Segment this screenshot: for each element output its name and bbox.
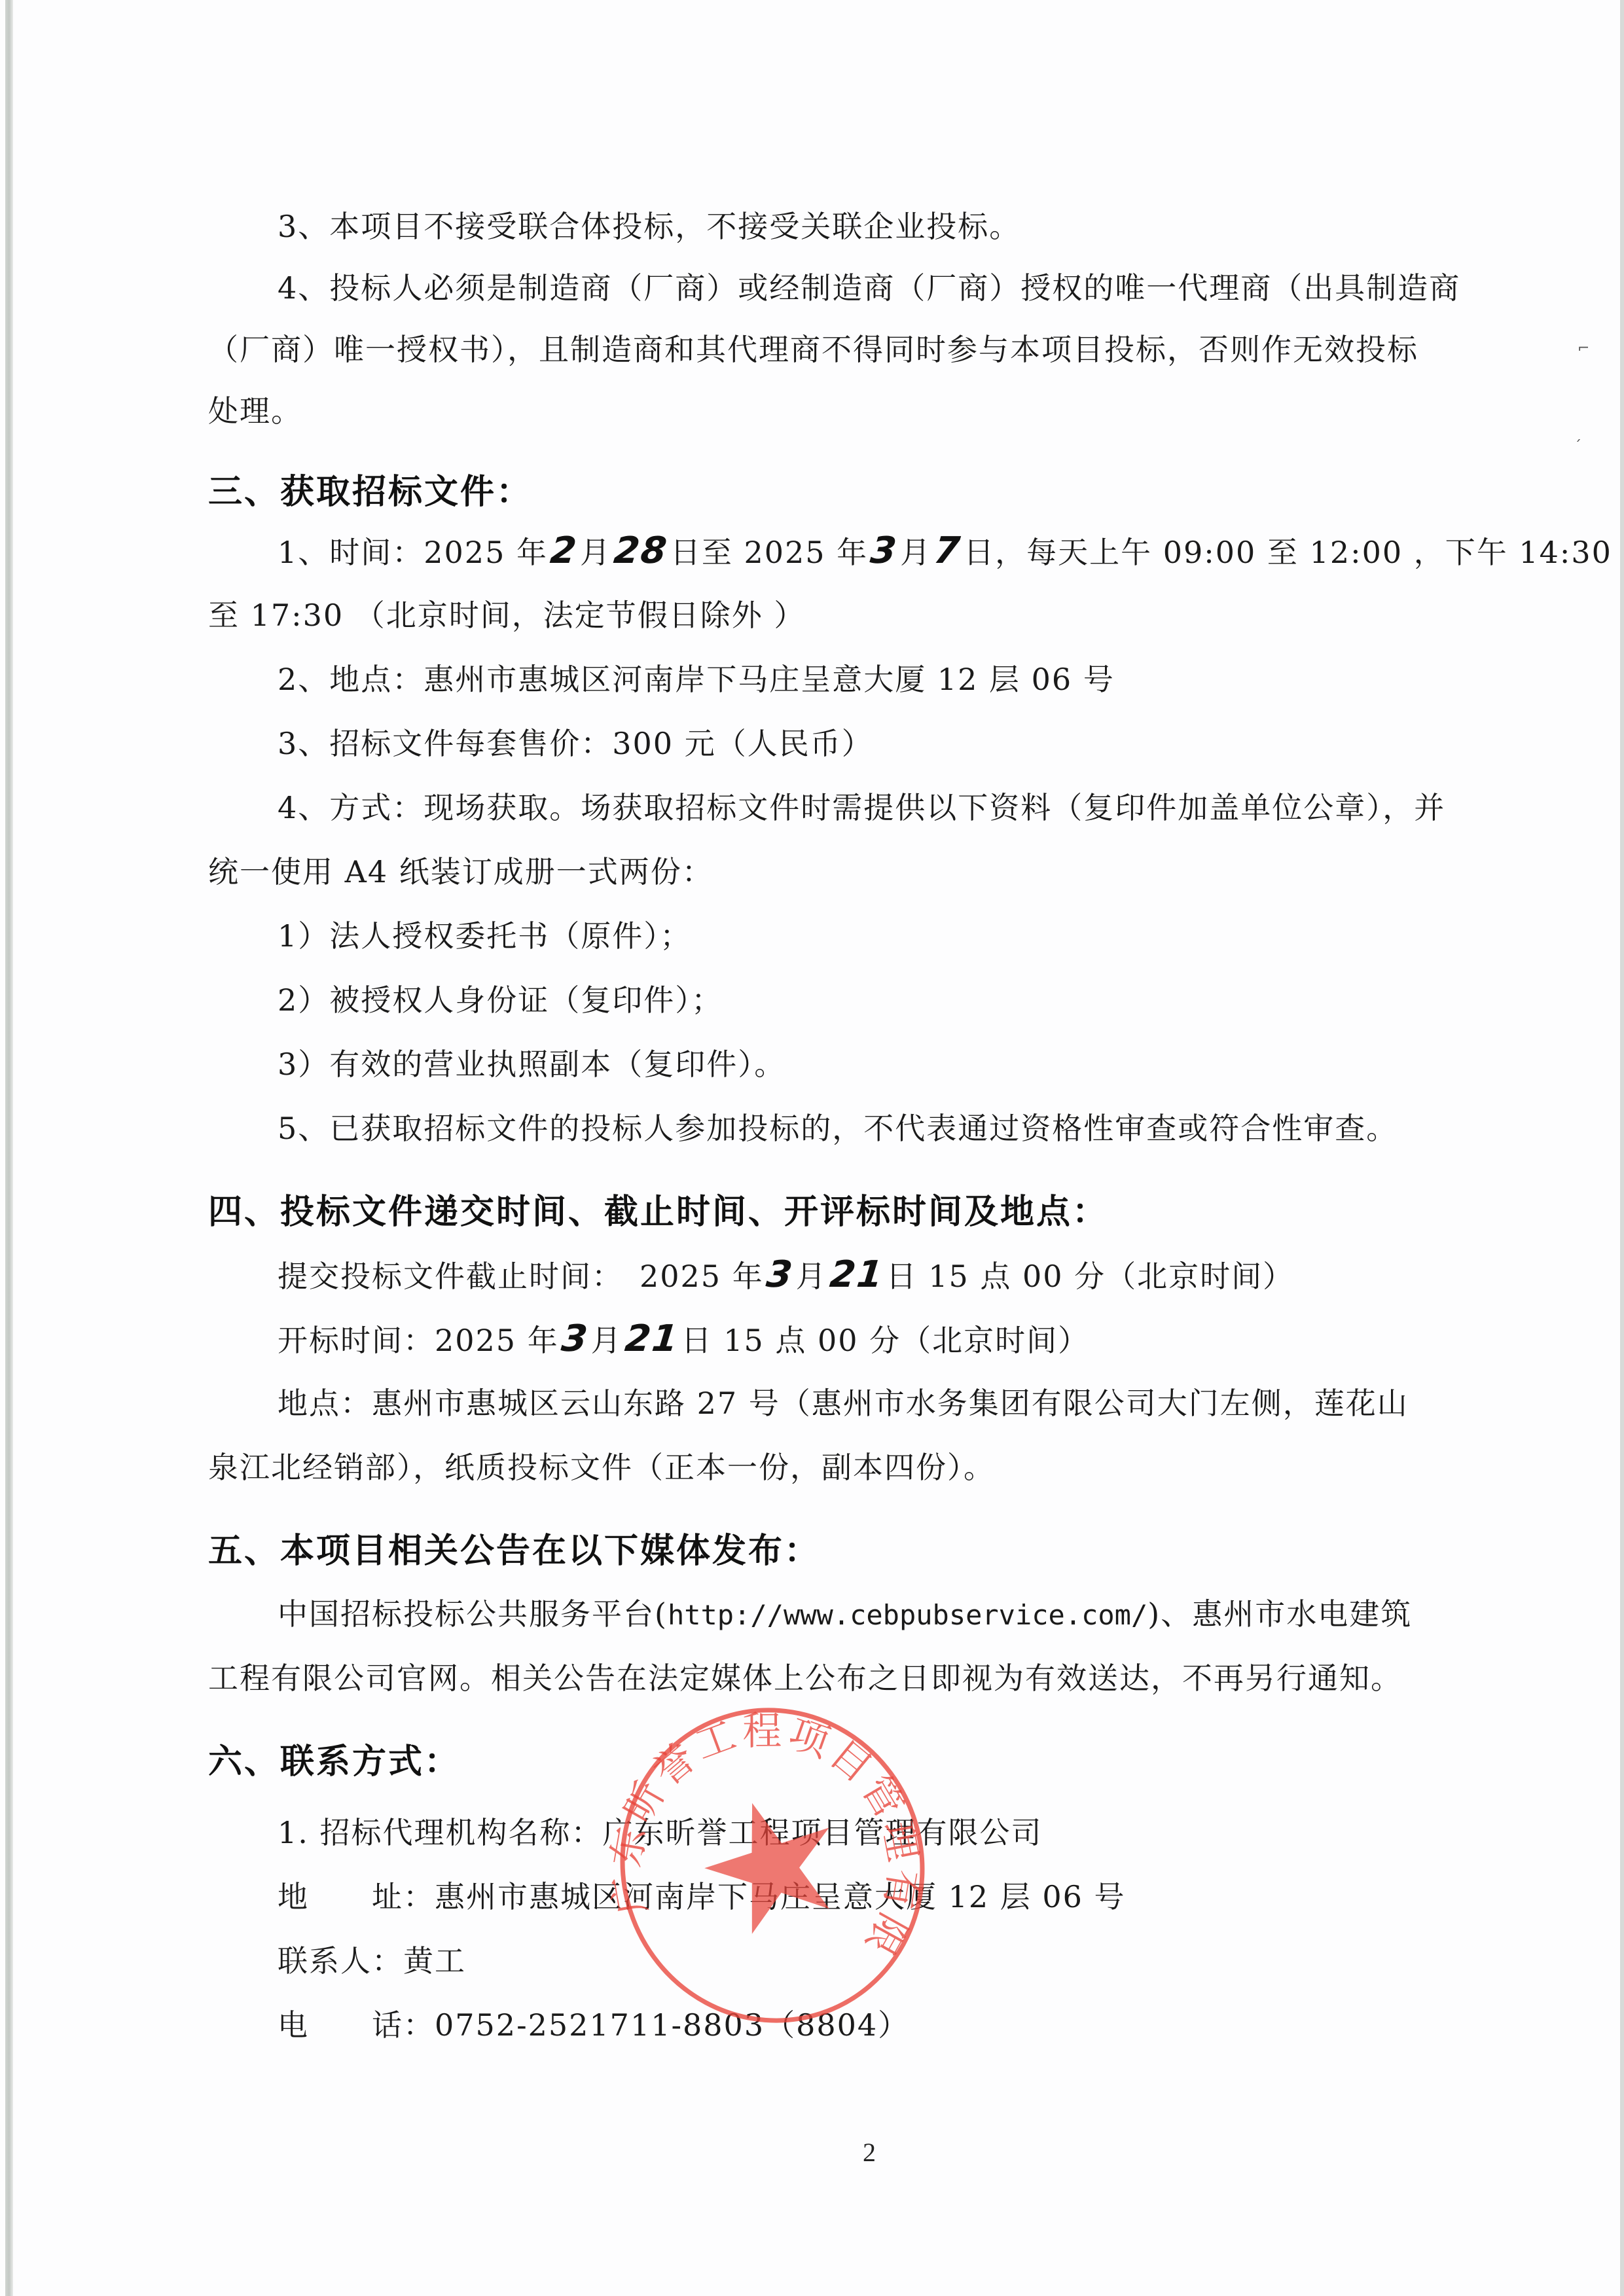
margin-mark: ⌐ [1578,340,1589,357]
opening-prefix: 开标时间：2025 年 [278,1323,559,1358]
handwritten-opening-day: 21 [621,1319,683,1359]
item-4-paragraph-line2: （厂商）唯一授权书），且制造商和其代理商不得同时参与本项目投标，否则作无效投标 [208,330,1418,369]
agency-address: 地 址：惠州市惠城区河南岸下马庄呈意大厦 12 层 06 号 [278,1877,1126,1916]
media-line2: 工程有限公司官网。相关公告在法定媒体上公布之日即视为有效送达，不再另行通知。 [208,1659,1402,1698]
company-seal: 广东昕誉工程项目管理有限公司 [589,1695,956,2036]
obtain-time-suffix: 日，每天上午 09:00 至 12:00 ，下午 14:30 [964,535,1612,570]
material-item: 1）法人授权委托书（原件）； [278,916,691,956]
media-platform-name: 中国招标投标公共服务平台( [278,1596,668,1632]
handwritten-start-month: 2 [546,531,582,571]
item-3-paragraph: 3、本项目不接受联合体投标，不接受关联企业投标。 [278,207,1020,246]
scan-edge-right [1620,0,1624,2296]
section-6-heading: 六、联系方式： [208,1741,460,1783]
handwritten-start-day: 28 [609,531,672,571]
obtain-location: 2、地点：惠州市惠城区河南岸下马庄呈意大厦 12 层 06 号 [278,660,1115,699]
section-5-heading: 五、本项目相关公告在以下媒体发布： [208,1530,820,1572]
document-price: 3、招标文件每套售价：300 元（人民币） [278,724,873,763]
material-item: 3）有效的营业执照副本（复印件）。 [278,1045,785,1084]
qualification-note: 5、已获取招标文件的投标人参加投标的，不代表通过资格性审查或符合性审查。 [278,1109,1398,1148]
month-label: 月 [591,1323,623,1358]
section-4-heading: 四、投标文件递交时间、截止时间、开评标时间及地点： [208,1191,1108,1233]
obtain-time-line2: 至 17:30 （北京时间，法定节假日除外 ） [208,596,805,635]
bid-place-line2: 泉江北经销部），纸质投标文件（正本一份，副本四份）。 [208,1448,995,1487]
opening-suffix: 日 15 点 00 分（北京时间） [681,1323,1090,1358]
contact-phone: 电 话：0752-2521711-8803（8804） [278,2005,909,2045]
agency-name: 1. 招标代理机构名称：广东昕誉工程项目管理有限公司 [278,1813,1043,1852]
handwritten-end-day: 7 [929,531,965,571]
handwritten-opening-month: 3 [557,1319,593,1359]
handwritten-end-month: 3 [866,531,902,571]
obtain-method-line1: 4、方式：现场获取。场获取招标文件时需提供以下资料（复印件加盖单位公章），并 [278,788,1445,827]
section-3-heading: 三、获取招标文件： [208,471,532,513]
month-label: 月 [796,1259,827,1294]
seal-star-icon [690,1783,853,1942]
item-4-paragraph-line1: 4、投标人必须是制造商（厂商）或经制造商（厂商）授权的唯一代理商（出具制造商 [278,268,1460,308]
obtain-time-line1: 1、时间：2025 年2月28日至 2025 年3月7日，每天上午 09:00 … [278,531,1612,572]
month-label: 月 [580,535,611,570]
material-item: 2）被授权人身份证（复印件）； [278,980,723,1020]
deadline-suffix: 日 15 点 00 分（北京时间） [886,1259,1295,1294]
bid-place-line1: 地点：惠州市惠城区云山东路 27 号（惠州市水务集团有限公司大门左侧，莲花山 [278,1384,1409,1423]
seal-graphic: 广东昕誉工程项目管理有限公司 [589,1695,956,2036]
obtain-method-line2: 统一使用 A4 纸装订成册一式两份： [208,852,713,891]
page-number: 2 [863,2137,876,2168]
media-url-link[interactable]: http://www.cebpubservice.com/ [668,1599,1147,1631]
document-page: ⌐ ˊ 3、本项目不接受联合体投标，不接受关联企业投标。 4、投标人必须是制造商… [0,0,1624,2296]
obtain-time-prefix: 1、时间：2025 年 [278,535,548,570]
obtain-time-mid: 日至 2025 年 [670,535,868,570]
margin-mark: ˊ [1574,439,1581,455]
handwritten-deadline-month: 3 [762,1255,798,1295]
month-label: 月 [900,535,931,570]
handwritten-deadline-day: 21 [825,1255,888,1295]
media-line1: 中国招标投标公共服务平台(http://www.cebpubservice.co… [278,1594,1412,1635]
scan-edge-left [5,0,13,2296]
item-4-paragraph-line3: 处理。 [208,391,302,431]
deadline-prefix: 提交投标文件截止时间： 2025 年 [278,1259,764,1294]
bid-opening-time: 开标时间：2025 年3月21日 15 点 00 分（北京时间） [278,1319,1089,1360]
contact-person: 联系人：黄工 [278,1941,466,1981]
submission-deadline: 提交投标文件截止时间： 2025 年3月21日 15 点 00 分（北京时间） [278,1255,1294,1296]
media-line1-suffix: )、惠州市水电建筑 [1147,1596,1412,1632]
